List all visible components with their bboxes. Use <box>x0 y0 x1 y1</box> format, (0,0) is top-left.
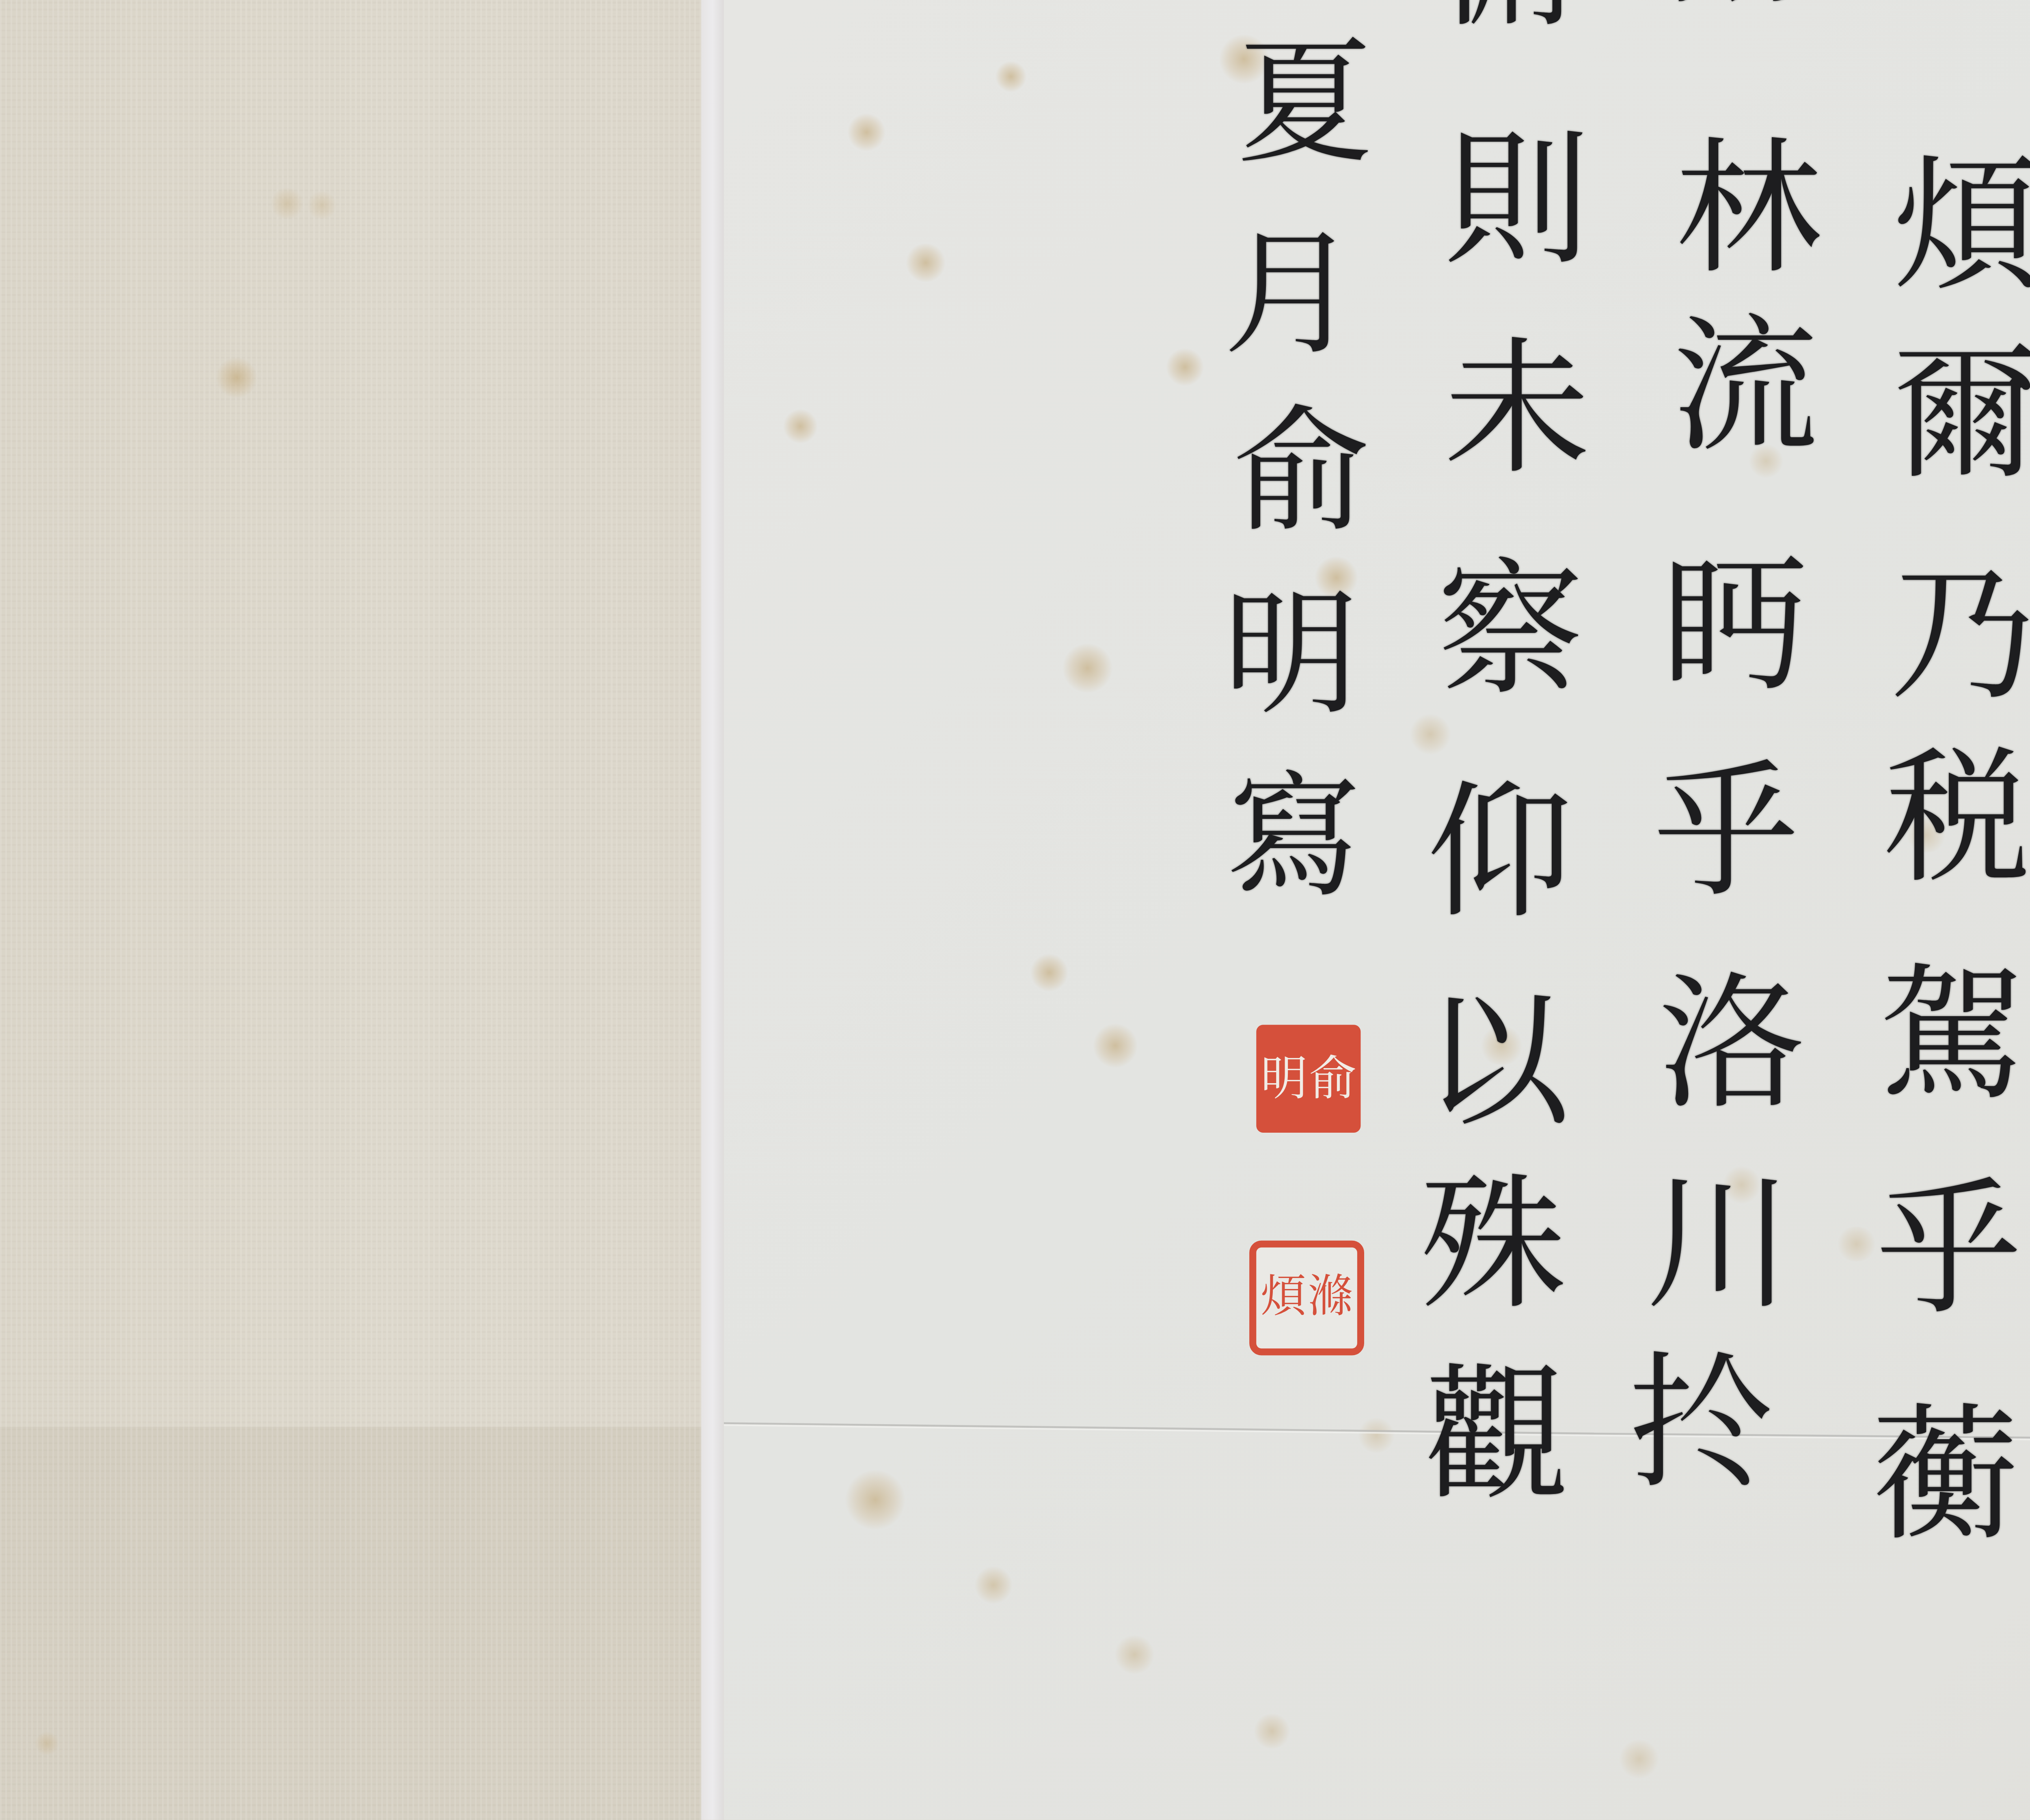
foxing-spot <box>306 191 337 219</box>
foxing-spot <box>974 1566 1013 1604</box>
calligraphy-char: 駕 <box>1857 962 2030 1108</box>
silk-weave-texture <box>0 0 703 1819</box>
calligraphy-char: 扵 <box>1606 1350 1797 1496</box>
seal-char-left: 明 <box>1260 1055 1309 1102</box>
calligraphy-photo: 川 古 人 有 言 斯 水 之 神 女 之 事 遂 作 斯 賦 其 背 伊 闕 … <box>0 0 2030 1819</box>
calligraphy-char: 煩 <box>1870 153 2030 299</box>
foxing-spot <box>216 357 257 399</box>
foxing-spot <box>1030 954 1068 992</box>
calligraphy-char: 察 <box>1415 557 1606 703</box>
calligraphy-char: 税 <box>1862 745 2030 891</box>
foxing-spot <box>995 61 1026 92</box>
signature-char: 月 <box>1195 228 1386 363</box>
calligraphy-char: 川 <box>1624 1171 1815 1317</box>
calligraphy-char: 林 <box>1653 136 1844 282</box>
foxing-spot <box>35 1731 59 1755</box>
signature-char: 寫 <box>1199 771 1390 907</box>
calligraphy-char-partial: 陽 <box>1644 0 1836 12</box>
signature-char: 夏 <box>1209 37 1401 172</box>
foxing-spot <box>1114 1636 1155 1674</box>
seal-char-left: 煩 <box>1260 1275 1307 1320</box>
calligraphy-char: 未 <box>1421 336 1613 482</box>
foxing-spot <box>783 409 818 444</box>
leisure-seal: 煩 滌 <box>1249 1241 1364 1356</box>
calligraphy-char: 爾 <box>1870 341 2030 487</box>
calligraphy-char: 乎 <box>1853 1176 2030 1322</box>
calligraphy-char: 乃 <box>1867 562 2030 708</box>
foxing-spot <box>1409 713 1451 755</box>
mount-edge-strip <box>701 0 724 1819</box>
calligraphy-char: 則 <box>1421 127 1613 273</box>
calligraphy-char: 眄 <box>1639 553 1830 700</box>
calligraphy-char-partial: 馬 <box>1862 0 2030 7</box>
signature-char: 明 <box>1195 588 1386 724</box>
foxing-spot <box>847 113 885 151</box>
seal-char-right: 俞 <box>1309 1055 1357 1102</box>
foxing-spot <box>844 1470 907 1529</box>
foxing-spot <box>1618 1740 1660 1778</box>
foxing-spot <box>1357 1418 1395 1453</box>
calligraphy-char: 洛 <box>1636 971 1827 1117</box>
foxing-spot <box>1093 1023 1138 1068</box>
foxing-spot <box>905 244 947 282</box>
foxing-spot <box>1061 644 1114 693</box>
calligraphy-char: 觀 <box>1401 1362 1592 1509</box>
seal-char-right: 滌 <box>1307 1275 1354 1320</box>
calligraphy-char: 流 <box>1650 313 1841 459</box>
signature-char: 俞 <box>1206 406 1397 541</box>
calligraphy-char: 以 <box>1401 988 1592 1134</box>
calligraphy-char: 仰 <box>1404 779 1596 926</box>
calligraphy-char: 殊 <box>1397 1171 1588 1317</box>
calligraphy-char: 乎 <box>1630 759 1822 905</box>
foxing-spot <box>270 188 304 219</box>
calligraphy-char-partial: 俯 <box>1415 0 1606 35</box>
name-seal: 明 俞 <box>1256 1025 1361 1133</box>
calligraphy-char: 蘅 <box>1850 1402 2030 1548</box>
foxing-spot <box>1253 1714 1291 1749</box>
